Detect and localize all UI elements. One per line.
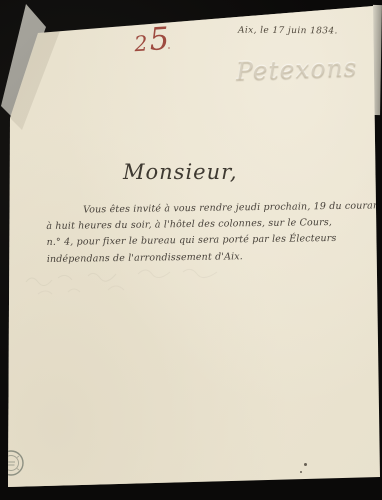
ink-blot: [300, 471, 302, 473]
archive-number-digit: 5: [148, 21, 170, 58]
letter-body: Vous êtes invité à vous rendre jeudi pro…: [46, 199, 347, 268]
salutation: Monsieur,: [123, 160, 238, 184]
ink-blot: [304, 463, 307, 466]
letter-paper: 25 Aix, le 17 juin 1834. Petexons Monsie…: [0, 0, 382, 500]
archive-number: 25: [133, 21, 171, 59]
paper-watermark: Petexons: [236, 53, 358, 86]
dateline: Aix, le 17 juin 1834.: [238, 26, 338, 37]
ink-showthrough: [18, 268, 238, 302]
body-line: indépendans de l'arrondissement d'Aix.: [47, 247, 347, 267]
circular-ink-stamp: [0, 449, 25, 477]
ink-blot: [168, 47, 170, 49]
scanned-letter-page: 25 Aix, le 17 juin 1834. Petexons Monsie…: [0, 0, 382, 500]
